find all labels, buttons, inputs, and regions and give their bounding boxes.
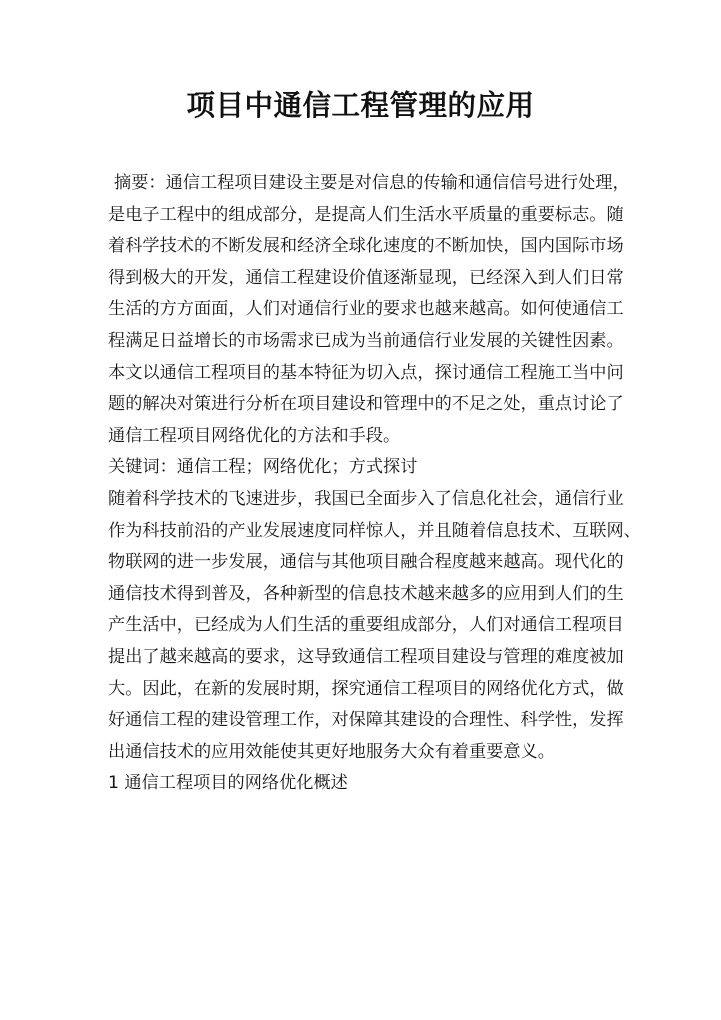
intro-line: 好通信工程的建设管理工作，对保障其建设的合理性、科学性，发挥 <box>108 705 618 737</box>
intro-line: 产生活中，已经成为人们生活的重要组成部分，人们对通信工程项目 <box>108 610 618 642</box>
abstract-line: 通信工程项目网络优化的方法和手段。 <box>108 421 618 453</box>
abstract-line: 摘要：通信工程项目建设主要是对信息的传输和通信信号进行处理， <box>108 168 618 200</box>
abstract-paragraph: 摘要：通信工程项目建设主要是对信息的传输和通信信号进行处理， 是电子工程中的组成… <box>108 168 618 452</box>
intro-paragraph: 随着科学技术的飞速进步，我国已全面步入了信息化社会，通信行业 作为科技前沿的产业… <box>108 484 618 768</box>
abstract-line: 程满足日益增长的市场需求已成为当前通信行业发展的关键性因素。 <box>108 326 618 358</box>
abstract-line: 生活的方方面面，人们对通信行业的要求也越来越高。如何使通信工 <box>108 294 618 326</box>
abstract-line: 题的解决对策进行分析在项目建设和管理中的不足之处，重点讨论了 <box>108 389 618 421</box>
intro-line: 随着科学技术的飞速进步，我国已全面步入了信息化社会，通信行业 <box>108 484 618 516</box>
keywords-line: 关键词：通信工程；网络优化；方式探讨 <box>108 452 618 484</box>
document-title: 项目中通信工程管理的应用 <box>0 86 721 126</box>
section-heading: 1 通信工程项目的网络优化概述 <box>108 768 618 800</box>
document-body: 摘要：通信工程项目建设主要是对信息的传输和通信信号进行处理， 是电子工程中的组成… <box>108 168 618 800</box>
abstract-line: 得到极大的开发，通信工程建设价值逐渐显现，已经深入到人们日常 <box>108 263 618 295</box>
intro-line: 提出了越来越高的要求，这导致通信工程项目建设与管理的难度被加 <box>108 642 618 674</box>
intro-line: 物联网的进一步发展，通信与其他项目融合程度越来越高。现代化的 <box>108 547 618 579</box>
intro-line: 大。因此，在新的发展时期，探究通信工程项目的网络优化方式，做 <box>108 674 618 706</box>
intro-line: 通信技术得到普及，各种新型的信息技术越来越多的应用到人们的生 <box>108 579 618 611</box>
document-page: 项目中通信工程管理的应用 摘要：通信工程项目建设主要是对信息的传输和通信信号进行… <box>0 0 721 1020</box>
abstract-line: 本文以通信工程项目的基本特征为切入点，探讨通信工程施工当中问 <box>108 358 618 390</box>
intro-line: 出通信技术的应用效能使其更好地服务大众有着重要意义。 <box>108 737 618 769</box>
intro-line: 作为科技前沿的产业发展速度同样惊人，并且随着信息技术、互联网、 <box>108 516 618 548</box>
abstract-line: 着科学技术的不断发展和经济全球化速度的不断加快，国内国际市场 <box>108 231 618 263</box>
abstract-line: 是电子工程中的组成部分，是提高人们生活水平质量的重要标志。随 <box>108 200 618 232</box>
